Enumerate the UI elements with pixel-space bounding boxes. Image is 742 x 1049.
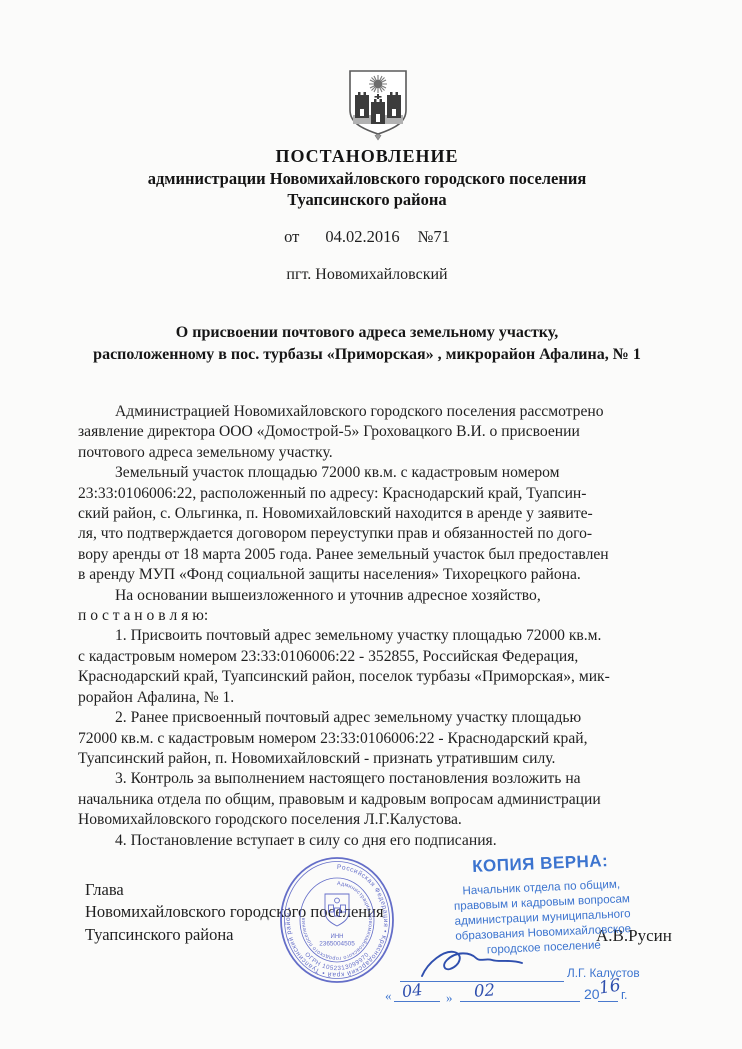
year-underline (598, 1001, 618, 1002)
body-line: 2. Ранее присвоенный почтовый адрес земе… (78, 708, 684, 728)
official-round-seal: Российская Федерация • Краснодарский кра… (277, 854, 397, 986)
body-line: рорайон Афалина, № 1. (78, 688, 684, 708)
body-line: почтового адреса земельному участку. (78, 443, 684, 463)
body-line: в аренду МУП «Фонд социальной защиты нас… (78, 565, 684, 585)
body-line: ский район, с. Ольгинка, п. Новомихайлов… (78, 504, 684, 524)
issuing-authority-line2: Туапсинского района (0, 190, 734, 210)
body-line: с кадастровым номером 23:33:0106006:22 -… (78, 647, 684, 667)
body-line: 1. Присвоить почтовый адрес земельному у… (78, 626, 684, 646)
seal-center-shield-icon (325, 894, 349, 926)
document-page: ПОСТАНОВЛЕНИЕ администрации Новомихайлов… (0, 0, 742, 1049)
subject-line2: расположенному в пос. турбазы «Приморска… (40, 344, 694, 366)
year-prefix: 20 (584, 986, 600, 1002)
date-from-label: от (284, 227, 299, 246)
body-line: Администрацией Новомихайловского городск… (78, 402, 684, 422)
place-line: пгт. Новомихайловский (0, 266, 734, 284)
date-day-underline (394, 1001, 440, 1002)
body-line: Туапсинский район, п. Новомихайловский -… (78, 749, 684, 769)
subject-heading: О присвоении почтового адреса земельному… (40, 322, 694, 365)
body-line: 4. Постановление вступает в силу со дня … (78, 831, 684, 851)
date-number-line: от04.02.2016№71 (0, 227, 734, 247)
body-line: вору аренды от 18 марта 2005 года. Ранее… (78, 545, 684, 565)
date-close-quote: » (446, 990, 453, 1006)
body-line: Краснодарский край, Туапсинский район, п… (78, 667, 684, 687)
handwritten-year: 16 (598, 975, 623, 998)
year-label: г. (621, 988, 628, 1002)
handwritten-day: 04 (401, 980, 424, 1001)
date-open-quote: « (385, 988, 392, 1004)
copy-stamp-title: КОПИЯ ВЕРНА: (418, 849, 663, 880)
seal-inn-value: 2365004505 (319, 941, 355, 948)
handwritten-month: 02 (473, 980, 495, 1000)
body-line: 23:33:0106006:22, расположенный по адрес… (78, 484, 684, 504)
body-line: ля, что подтверждается договором переуст… (78, 524, 684, 544)
body-line: На основании вышеизложенного и уточнив а… (78, 586, 684, 606)
document-date: 04.02.2016 (325, 227, 399, 246)
copy-verified-stamp: КОПИЯ ВЕРНА: Начальник отдела по общим, … (418, 849, 666, 961)
body-line: Новомихайловского городского поселения Л… (78, 810, 684, 830)
body-line: 72000 кв.м. с кадастровым номером 23:33:… (78, 729, 684, 749)
date-month-underline (460, 1001, 580, 1002)
subject-line1: О присвоении почтового адреса земельному… (40, 322, 694, 344)
handwritten-signature (418, 946, 530, 984)
body-line: начальника отдела по общим, правовым и к… (78, 790, 684, 810)
document-title: ПОСТАНОВЛЕНИЕ (0, 146, 734, 167)
body-line: п о с т а н о в л я ю: (78, 606, 684, 626)
coat-of-arms-icon (347, 68, 409, 142)
document-body: Администрацией Новомихайловского городск… (78, 402, 684, 851)
document-number: №71 (418, 227, 450, 246)
issuing-authority-line1: администрации Новомихайловского городско… (0, 169, 734, 189)
body-line: 3. Контроль за выполнением настоящего по… (78, 769, 684, 789)
body-line: заявление директора ООО «Домострой-5» Гр… (78, 422, 684, 442)
svg-text:Администрация Новомихайловског: Администрация Новомихайловского городско… (301, 881, 373, 961)
seal-inn-label: ИНН (331, 934, 344, 940)
seal-inner-ring-text: Администрация Новомихайловского городско… (301, 881, 373, 961)
body-line: Земельный участок площадью 72000 кв.м. с… (78, 463, 684, 483)
